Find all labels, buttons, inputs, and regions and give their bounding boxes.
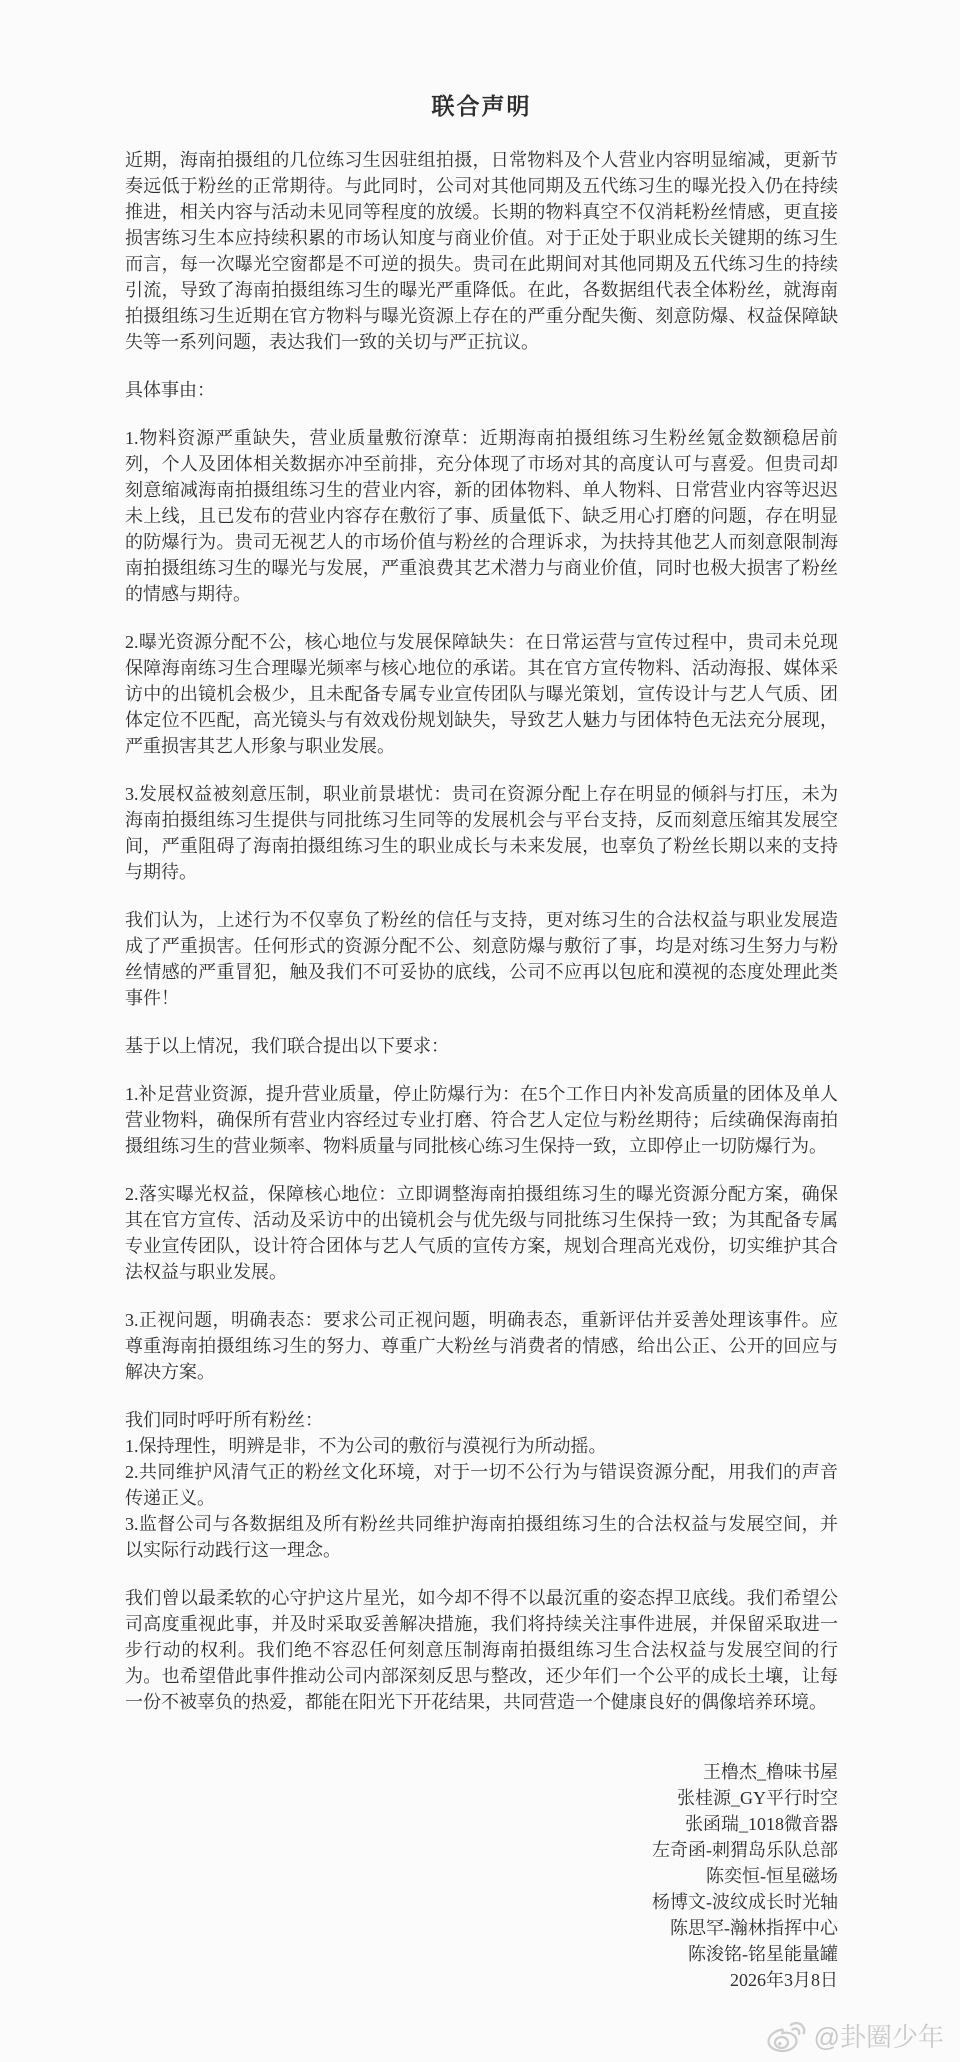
cause-item-2: 2.曝光资源分配不公，核心地位与发展保障缺失：在日常运营与宣传过程中，贵司未兑现… (125, 629, 838, 759)
closing-paragraph: 我们曾以最柔软的心守护这片星光，如今却不得不以最沉重的姿态捍卫底线。我们希望公司… (125, 1585, 838, 1715)
signature-block: 王橹杰_橹味书屋 张桂源_GY平行时空 张函瑞_1018微音器 左奇函-刺猬岛乐… (125, 1759, 838, 1993)
watermark: @卦圈少年 (764, 2017, 944, 2054)
statement-document: 联合声明 近期，海南拍摄组的几位练习生因驻组拍摄，日常物料及个人营业内容明显缩减… (0, 0, 960, 2062)
causes-heading: 具体事由： (125, 377, 838, 403)
signature-line: 王橹杰_橹味书屋 (125, 1759, 838, 1785)
signature-line: 杨博文-波纹成长时光轴 (125, 1889, 838, 1915)
page-title: 联合声明 (125, 88, 838, 121)
signature-line: 张函瑞_1018微音器 (125, 1811, 838, 1837)
appeal-block: 我们同时呼吁所有粉丝： 1.保持理性，明辨是非，不为公司的敷衍与漠视行为所动摇。… (125, 1407, 838, 1563)
watermark-handle: @卦圈少年 (814, 2017, 944, 2054)
mid-conclusion-paragraph: 我们认为，上述行为不仅辜负了粉丝的信任与支持，更对练习生的合法权益与职业发展造成… (125, 907, 838, 1011)
demand-item-3: 3.正视问题，明确表态：要求公司正视问题，明确表态，重新评估并妥善处理该事件。应… (125, 1307, 838, 1385)
statement-date: 2026年3月8日 (125, 1967, 838, 1993)
appeal-item-2: 2.共同维护风清气正的粉丝文化环境，对于一切不公行为与错误资源分配，用我们的声音… (125, 1459, 838, 1511)
signature-line: 左奇函-刺猬岛乐队总部 (125, 1837, 838, 1863)
demand-item-1: 1.补足营业资源，提升营业质量，停止防爆行为：在5个工作日内补发高质量的团体及单… (125, 1081, 838, 1159)
intro-paragraph: 近期，海南拍摄组的几位练习生因驻组拍摄，日常物料及个人营业内容明显缩减，更新节奏… (125, 147, 838, 355)
signature-line: 陈浚铭-铭星能量罐 (125, 1941, 838, 1967)
appeal-heading: 我们同时呼吁所有粉丝： (125, 1407, 838, 1433)
cause-item-3: 3.发展权益被刻意压制，职业前景堪忧：贵司在资源分配上存在明显的倾斜与打压，未为… (125, 781, 838, 885)
demand-item-2: 2.落实曝光权益，保障核心地位：立即调整海南拍摄组练习生的曝光资源分配方案，确保… (125, 1181, 838, 1285)
signature-line: 陈思罕-瀚林指挥中心 (125, 1915, 838, 1941)
demands-heading: 基于以上情况，我们联合提出以下要求： (125, 1033, 838, 1059)
cause-item-1: 1.物料资源严重缺失，营业质量敷衍潦草：近期海南拍摄组练习生粉丝氪金数额稳居前列… (125, 425, 838, 607)
signature-line: 陈奕恒-恒星磁场 (125, 1863, 838, 1889)
appeal-item-1: 1.保持理性，明辨是非，不为公司的敷衍与漠视行为所动摇。 (125, 1433, 838, 1459)
appeal-item-3: 3.监督公司与各数据组及所有粉丝共同维护海南拍摄组练习生的合法权益与发展空间，并… (125, 1511, 838, 1563)
weibo-logo-icon (764, 2018, 808, 2054)
signature-line: 张桂源_GY平行时空 (125, 1785, 838, 1811)
